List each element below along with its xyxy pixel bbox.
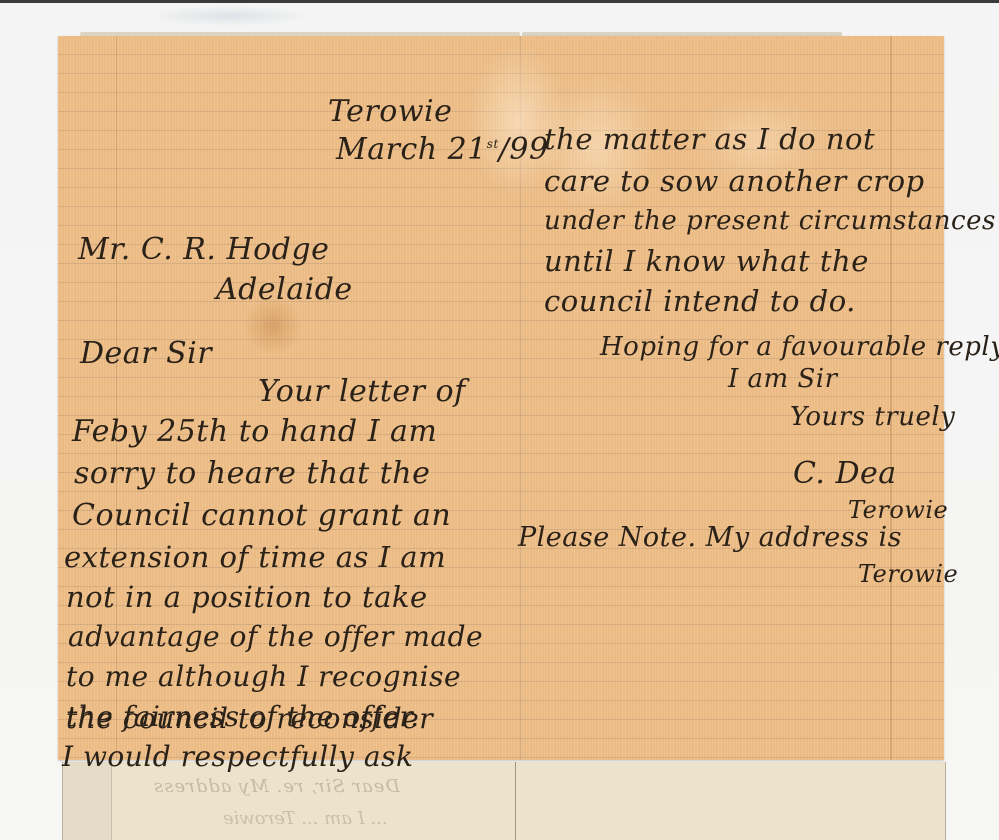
date-text: March 21 (336, 132, 487, 167)
body-line: advantage of the offer made (68, 620, 483, 653)
date-suffix: st (487, 137, 499, 151)
body-line: extension of time as I am (64, 540, 446, 574)
body-line: until I know what the (544, 244, 869, 278)
body-line: Feby 25th to hand I am (72, 414, 437, 449)
postscript-place: Terowie (858, 560, 958, 588)
postscript: Please Note. My address is (518, 522, 902, 553)
signature-place: Terowie (848, 496, 948, 524)
scanner-mark (150, 6, 310, 26)
letter-place: Terowie (328, 94, 452, 129)
body-line: under the present circumstances (544, 206, 996, 236)
body-line-last: the council to reconsider (66, 702, 433, 735)
closing-line: Hoping for a favourable reply (600, 332, 999, 362)
body-line: care to sow another crop (544, 164, 925, 198)
bleed-through-text: Dear Sir, re. My address (153, 776, 400, 797)
underlying-sheet-fold (515, 762, 516, 840)
body-line: to me although I recognise (66, 660, 461, 693)
recipient-name: Mr. C. R. Hodge (78, 232, 329, 267)
underlying-sheet: Dear Sir, re. My address ... I am ... Te… (62, 762, 946, 840)
closing-line: Yours truely (790, 402, 955, 432)
signature: C. Dea (793, 456, 897, 491)
body-line: Your letter of (258, 374, 466, 409)
underlying-sheet-strip (63, 762, 112, 840)
letter-date: March 21st/99 (336, 132, 549, 167)
closing-line: I am Sir (728, 364, 838, 394)
body-line: the matter as I do not (544, 122, 875, 156)
recipient-city: Adelaide (216, 272, 353, 307)
bleed-through-text: ... I am ... Terowie (223, 808, 388, 829)
right-fold-line (890, 36, 892, 760)
letter-sheet: Terowie March 21st/99 Mr. C. R. Hodge Ad… (58, 36, 944, 760)
body-line: I would respectfully ask (62, 740, 413, 773)
body-line: council intend to do. (544, 284, 856, 318)
body-line: Council cannot grant an (72, 498, 451, 533)
date-year: /99 (499, 132, 549, 167)
salutation: Dear Sir (80, 336, 212, 371)
body-line: sorry to heare that the (74, 456, 430, 491)
body-line: not in a position to take (66, 580, 428, 614)
